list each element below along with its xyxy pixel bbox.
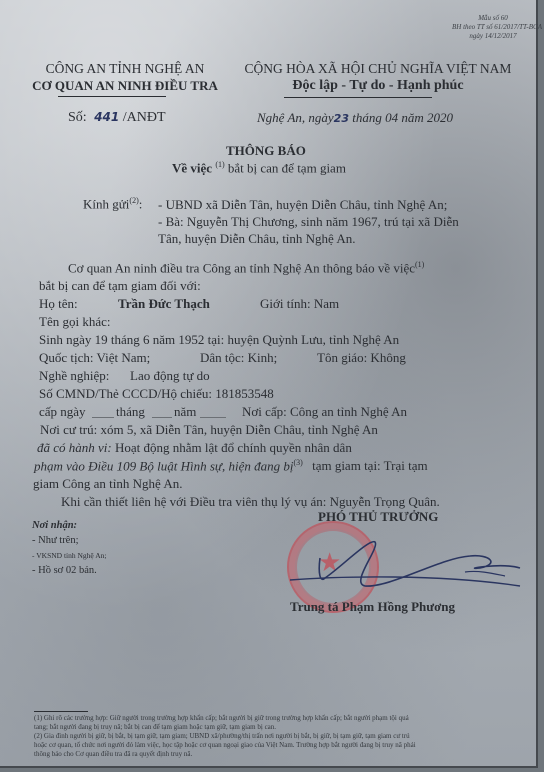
footnotes: (1) Ghi rõ các trường hợp: Giữ người tro… bbox=[34, 714, 529, 759]
form-number: Mẫu số 60 bbox=[452, 14, 534, 23]
receiver-item: - Như trên; bbox=[32, 533, 106, 548]
receivers-block: Nơi nhận: - Như trên; - VKSND tỉnh Nghệ … bbox=[32, 518, 106, 578]
issue-year: năm bbox=[174, 404, 196, 420]
document-title: THÔNG BÁO bbox=[226, 143, 306, 159]
alias: Tên gọi khác: bbox=[39, 314, 110, 330]
issue-month: tháng bbox=[116, 404, 145, 420]
contact-info: Khi cần thiết liên hệ với Điều tra viên … bbox=[61, 494, 440, 510]
blank-line bbox=[92, 417, 114, 418]
signer-name: Trung tá Phạm Hồng Phương bbox=[290, 599, 455, 615]
issue-date: Nghệ An, ngày23 tháng 04 năm 2020 bbox=[257, 110, 453, 126]
receiver-item: - Hồ sơ 02 bản. bbox=[32, 563, 106, 578]
national-header: CỘNG HÒA XÃ HỘI CHỦ NGHĨA VIỆT NAM Độc l… bbox=[228, 61, 528, 94]
issue-place: Nơi cấp: Công an tỉnh Nghệ An bbox=[242, 404, 407, 420]
recipient-item: Tân, huyện Diễn Châu, tỉnh Nghệ An. bbox=[158, 230, 459, 247]
footnote-divider bbox=[34, 711, 88, 712]
country-name: CỘNG HÒA XÃ HỘI CHỦ NGHĨA VIỆT NAM bbox=[228, 61, 528, 77]
recipient-item: - UBND xã Diễn Tân, huyện Diễn Châu, tỉn… bbox=[158, 196, 459, 213]
issue-day: cấp ngày bbox=[39, 404, 86, 420]
agency-underline bbox=[58, 96, 166, 97]
violation: phạm vào Điều 109 Bộ luật Hình sự, hiện … bbox=[34, 458, 428, 474]
form-note: Mẫu số 60 BH theo TT số 61/2017/TT-BCA n… bbox=[452, 14, 534, 41]
nationality: Quốc tịch: Việt Nam; bbox=[39, 350, 150, 366]
detention-place: giam Công an tỉnh Nghệ An. bbox=[33, 476, 183, 492]
suspect-name: Trần Đức Thạch bbox=[118, 296, 210, 312]
handwritten-number: 441 bbox=[94, 110, 119, 124]
recipient-item: - Bà: Nguyễn Thị Chương, sinh năm 1967, … bbox=[158, 213, 459, 230]
occupation-label: Nghề nghiệp: bbox=[39, 368, 109, 384]
occupation-value: Lao động tự do bbox=[130, 368, 210, 384]
ethnicity: Dân tộc: Kinh; bbox=[200, 350, 277, 366]
intro-line: Cơ quan An ninh điều tra Công an tỉnh Ng… bbox=[68, 260, 424, 276]
document-number: Số: 441 /ANĐT bbox=[68, 110, 166, 126]
receiver-item: - VKSND tỉnh Nghệ An; bbox=[32, 548, 106, 563]
name-label: Họ tên: bbox=[39, 296, 78, 312]
footnote-line: (1) Ghi rõ các trường hợp: Giữ người tro… bbox=[34, 714, 529, 723]
footnote-line: hoặc cơ quan, tổ chức nơi người đó làm v… bbox=[34, 741, 529, 750]
recipients-list: - UBND xã Diễn Tân, huyện Diễn Châu, tỉn… bbox=[158, 196, 459, 247]
document-subject: Về việc (1) bắt bị can để tạm giam bbox=[172, 160, 346, 176]
form-date: ngày 14/12/2017 bbox=[452, 32, 534, 41]
office-name: CƠ QUAN AN NINH ĐIỀU TRA bbox=[22, 78, 228, 94]
residence: Nơi cư trú: xóm 5, xã Diễn Tân, huyện Di… bbox=[40, 422, 378, 438]
footnote-line: tang; bắt người đang bị truy nã; bắt bị … bbox=[34, 723, 529, 732]
blank-line bbox=[200, 417, 226, 418]
form-regulation: BH theo TT số 61/2017/TT-BCA bbox=[452, 23, 534, 32]
footnote-line: (2) Gia đình người bị giữ, bị bắt, bị tạ… bbox=[34, 732, 529, 741]
agency-header: CÔNG AN TỈNH NGHỆ AN CƠ QUAN AN NINH ĐIỀ… bbox=[22, 61, 228, 94]
motto-underline bbox=[284, 97, 432, 98]
signature-scribble bbox=[280, 528, 530, 598]
id-number: Số CMND/Thẻ CCCD/Hộ chiếu: 181853548 bbox=[39, 386, 274, 402]
receivers-title: Nơi nhận: bbox=[32, 518, 106, 533]
handwritten-day: 23 bbox=[334, 112, 349, 125]
birth-info: Sinh ngày 19 tháng 6 năm 1952 tại: huyện… bbox=[39, 332, 399, 348]
intro-continuation: bắt bị can để tạm giam đối với: bbox=[39, 278, 201, 294]
footnote-line: thông báo cho Cơ quan điều tra đã ra quy… bbox=[34, 750, 529, 759]
gender: Giới tính: Nam bbox=[260, 296, 339, 312]
blank-line bbox=[152, 417, 172, 418]
recipients-label: Kính gửi(2): bbox=[83, 196, 142, 212]
agency-name: CÔNG AN TỈNH NGHỆ AN bbox=[22, 61, 228, 77]
national-motto: Độc lập - Tự do - Hạnh phúc bbox=[228, 78, 528, 94]
religion: Tôn giáo: Không bbox=[317, 350, 406, 366]
document-page: Mẫu số 60 BH theo TT số 61/2017/TT-BCA n… bbox=[0, 0, 538, 768]
act: đã có hành vi: Hoạt động nhằm lật đổ chí… bbox=[37, 440, 352, 456]
